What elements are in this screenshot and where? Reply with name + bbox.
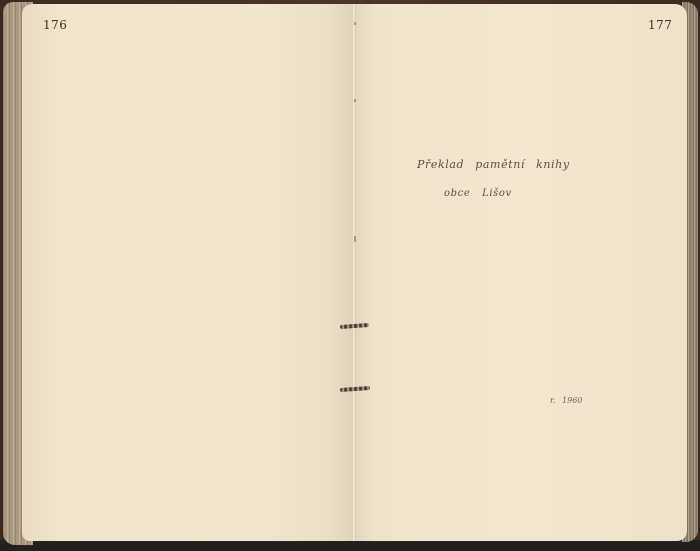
- scan-background: [0, 540, 700, 551]
- book-gutter: [352, 4, 356, 541]
- left-page: [22, 4, 354, 541]
- gutter-mark: [354, 99, 356, 102]
- handwritten-title-line-2: obce Lišov: [444, 188, 512, 199]
- page-number-left: 176: [43, 18, 67, 32]
- gutter-mark: [354, 22, 356, 25]
- page-number-right: 177: [648, 18, 672, 32]
- gutter-mark: [354, 236, 356, 242]
- right-page: [354, 4, 687, 541]
- handwritten-title-line-1: Překlad pamětní knihy: [417, 158, 570, 171]
- handwritten-year-note: r. 1960: [550, 396, 582, 405]
